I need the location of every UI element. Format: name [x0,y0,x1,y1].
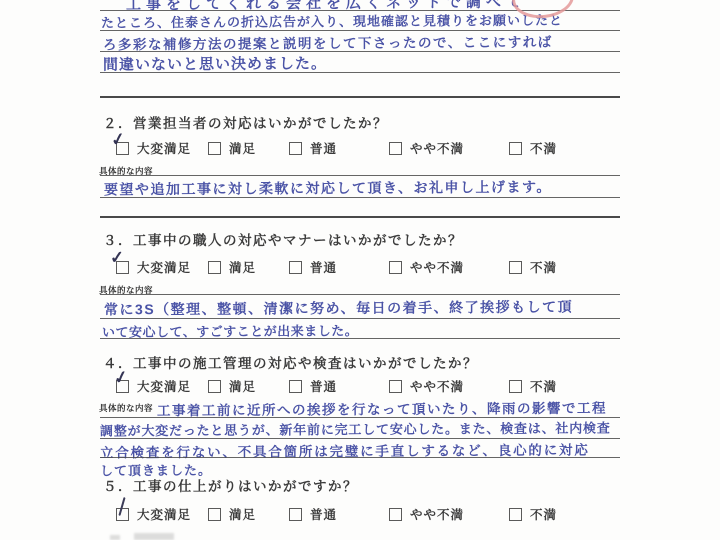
q1-answer-line: ろ多彩な補修方法の提案と説明をして下さったので、ここにすれば [103,31,553,54]
q3-option-dissatisfied: 不満 [509,258,557,276]
checkbox[interactable] [289,380,302,393]
q5-option-neutral: 普通 [289,505,337,523]
checkbox[interactable] [389,380,402,393]
q2-answer-line: 要望や追加工事に対し柔軟に対応して頂き、お礼申し上げます。 [104,177,552,200]
checkbox[interactable] [389,508,402,521]
check-mark-icon: ✓ [110,130,127,149]
section-separator [100,216,620,218]
checkbox[interactable] [208,261,221,274]
q2-option-very-satisfied: 大変満足 [116,139,191,157]
detail-label: 具体的な内容 [99,402,153,414]
checkbox[interactable] [509,380,522,393]
question-2-title: ２．営業担当者の対応はいかがでしたか？ [103,112,388,132]
ruled-line [100,51,620,52]
q1-answer-line: たところ、住泰さんの折込広告が入り、現地確認と見積りをお願いしたと [101,10,563,32]
q4-option-somewhat-dissatisfied: やや不満 [389,377,464,395]
q5-option-satisfied: 満足 [208,505,256,523]
q2-option-dissatisfied: 不満 [509,139,557,157]
ruled-line [100,294,620,295]
section-separator [100,96,620,98]
checkbox[interactable] [289,508,302,521]
q3-answer-line: 常に3S（整理、整頓、清潔に努め、毎日の着手、終了挨拶もして頂 [104,297,573,320]
q3-option-very-satisfied: 大変満足 [116,258,191,276]
checkbox[interactable] [208,508,221,521]
checkbox[interactable] [509,261,522,274]
ruled-line [100,72,620,73]
checkbox[interactable] [208,380,221,393]
question-5-title: ５．工事の仕上がりはいかがですか？ [103,475,358,495]
ruled-line [100,197,620,198]
q3-option-satisfied: 満足 [208,258,256,276]
q4-answer-line: 工事着工前に近所への挨拶を行なって頂いたり、降雨の影響で工程 [157,397,607,420]
survey-scan-page: 工事をしてくれる会社を広くネットで調べて たところ、住泰さんの折込広告が入り、現… [0,0,720,540]
clipped-next-question-fragment [134,533,174,540]
q2-option-neutral: 普通 [289,139,337,157]
q5-option-somewhat-dissatisfied: やや不満 [389,505,464,523]
q4-option-satisfied: 満足 [208,377,256,395]
ruled-line [100,318,620,319]
q5-option-dissatisfied: 不満 [509,505,557,523]
checkbox[interactable] [389,261,402,274]
question-4-title: ４．工事中の施工管理の対応や検査はいかがでしたか？ [103,352,478,372]
checkbox[interactable] [289,261,302,274]
checkbox[interactable] [509,508,522,521]
ruled-line [100,457,620,458]
q3-option-somewhat-dissatisfied: やや不満 [389,258,464,276]
ruled-line [100,338,620,339]
q4-option-neutral: 普通 [289,377,337,395]
q3-option-neutral: 普通 [289,258,337,276]
q4-option-dissatisfied: 不満 [509,377,557,395]
q4-answer-line: 立合検査を行ない、不具合箇所は完璧に手直しするなど、良心的に対応 [100,439,590,462]
q2-option-satisfied: 満足 [208,139,256,157]
question-3-title: ３．工事中の職人の対応やマナーはいかがでしたか？ [103,229,463,249]
checkbox[interactable] [509,142,522,155]
q2-option-somewhat-dissatisfied: やや不満 [389,139,464,157]
q5-option-very-satisfied: 大変満足 [116,505,191,523]
checkbox[interactable] [289,142,302,155]
check-mark-icon: ✓ [109,249,124,267]
checkbox[interactable] [389,142,402,155]
checkbox[interactable] [208,142,221,155]
q4-answer-line: 調整が大変だったと思うが、新年前に完工して安心した。また、検査は、社内検査 [100,417,611,439]
clipped-next-question-fragment [110,535,120,540]
